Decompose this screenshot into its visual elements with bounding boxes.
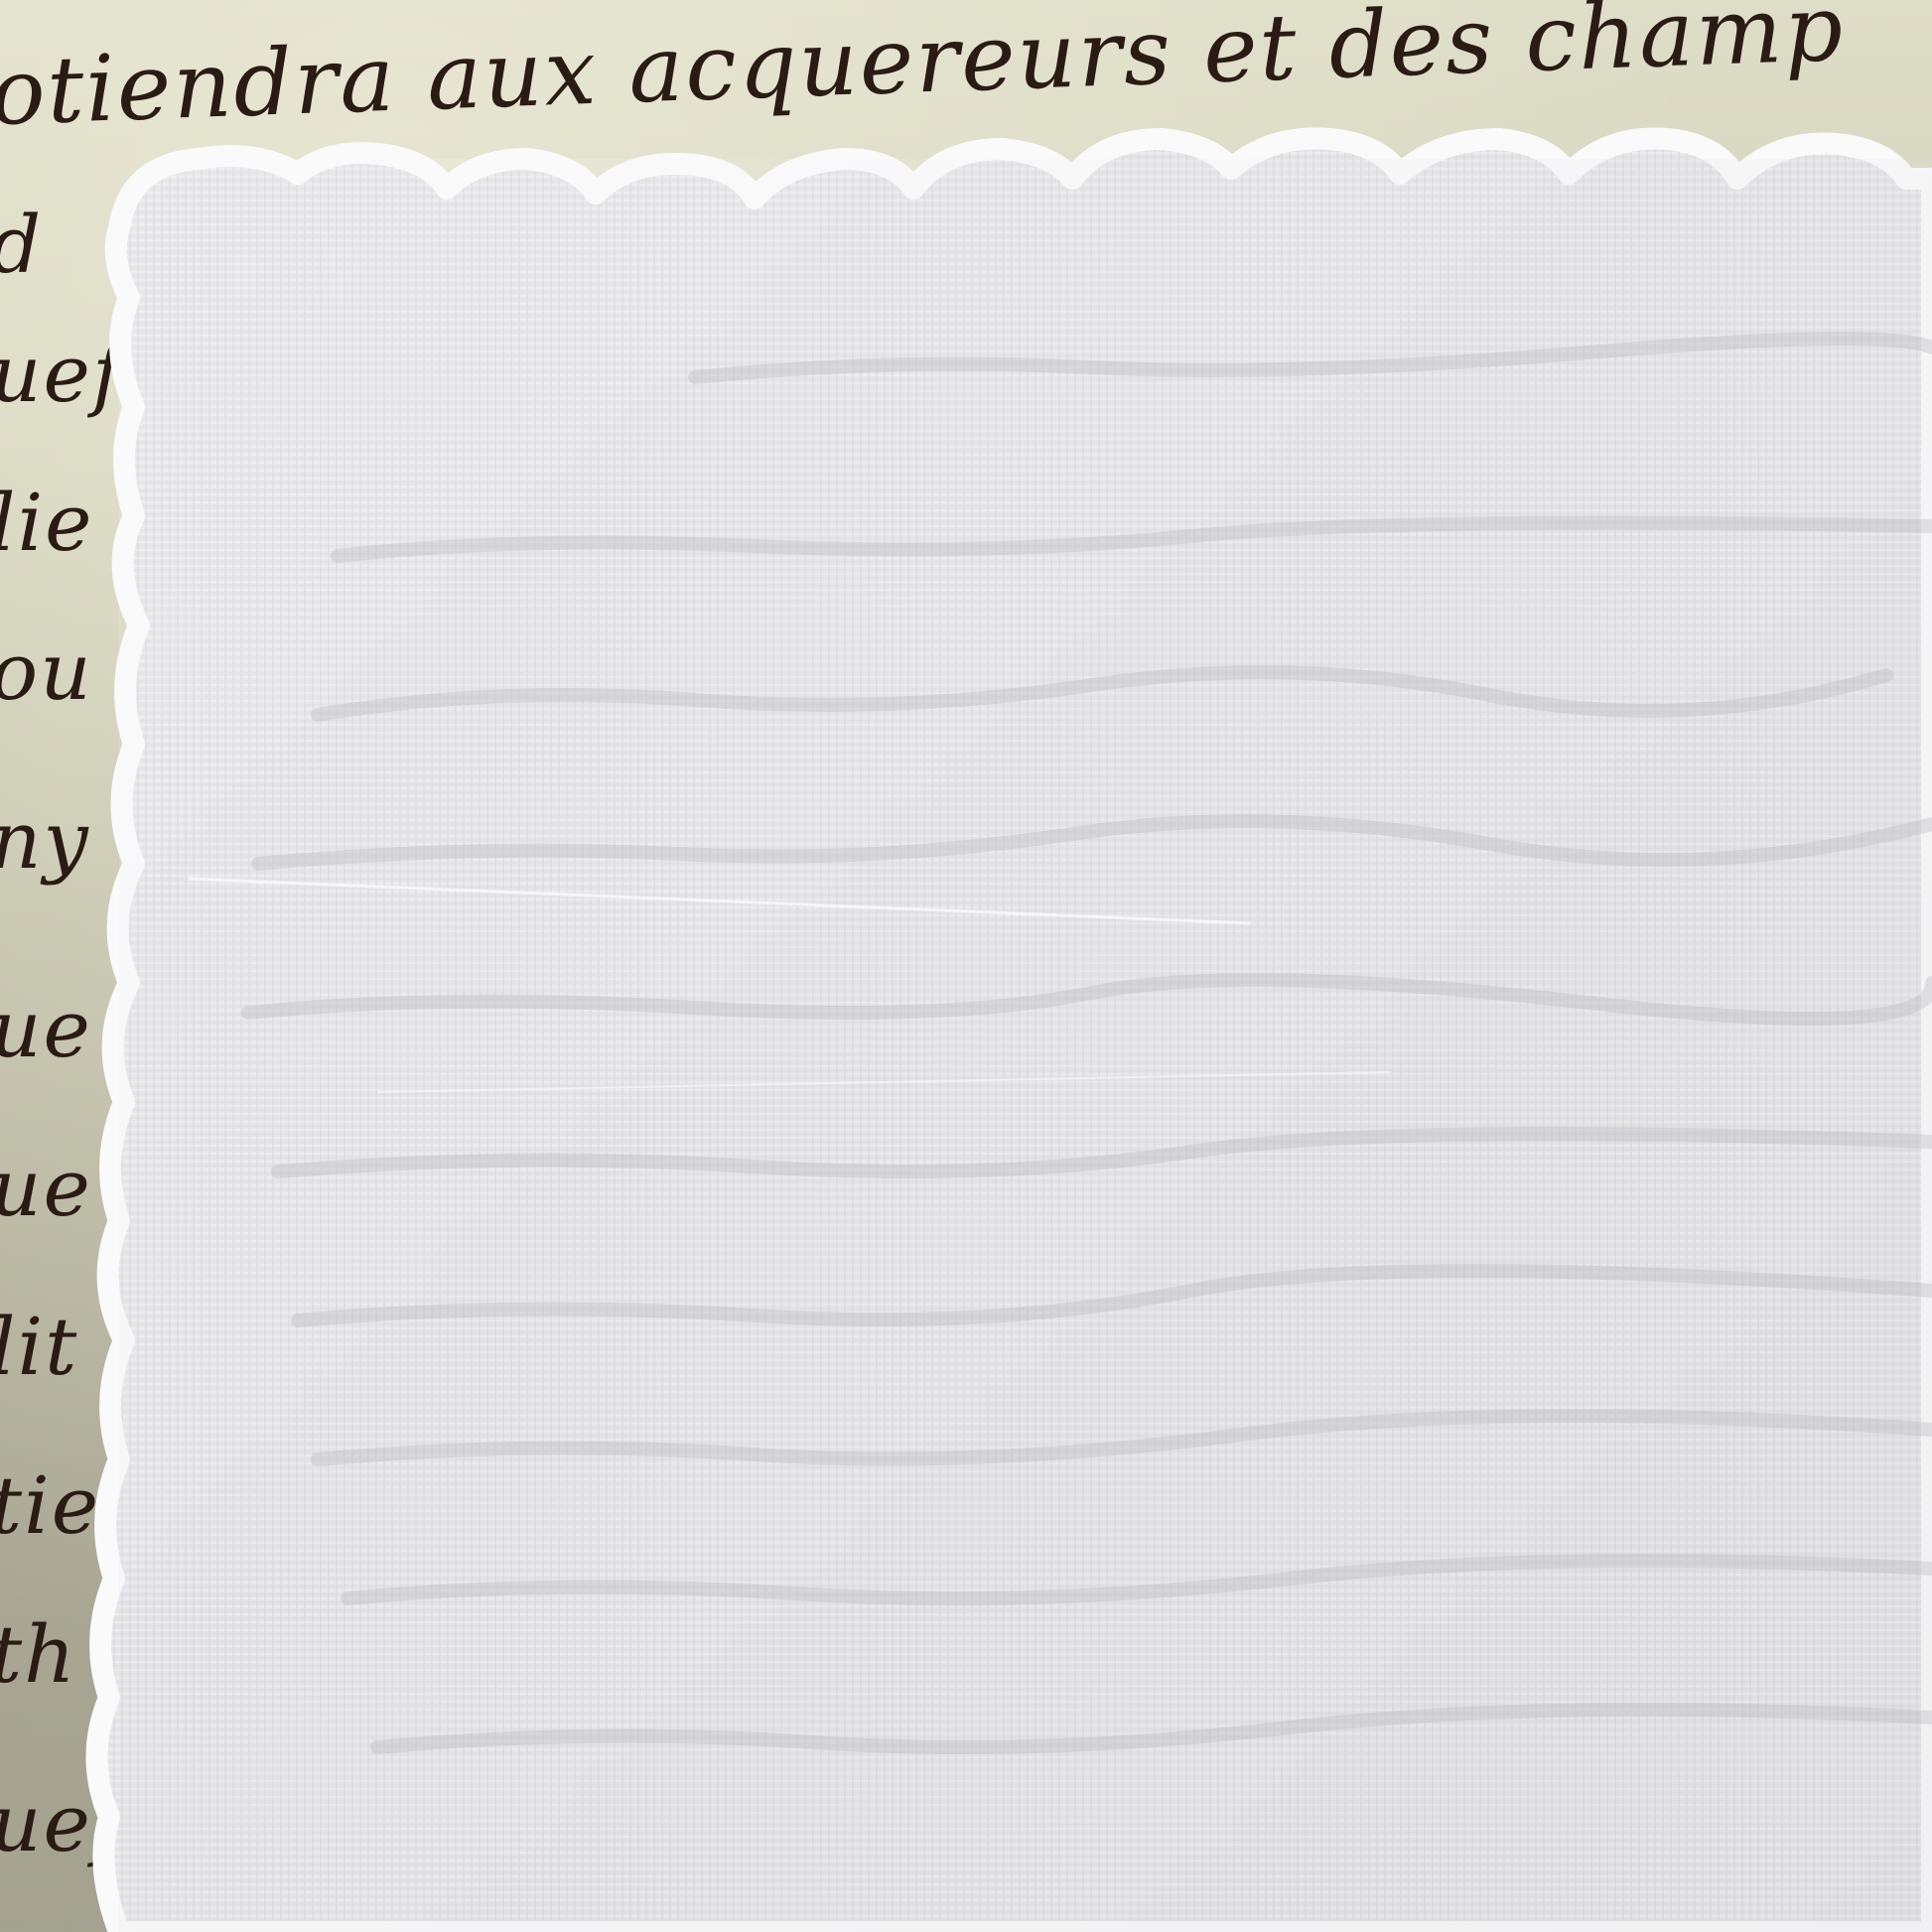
linen-handkerchief [0, 0, 1932, 1932]
